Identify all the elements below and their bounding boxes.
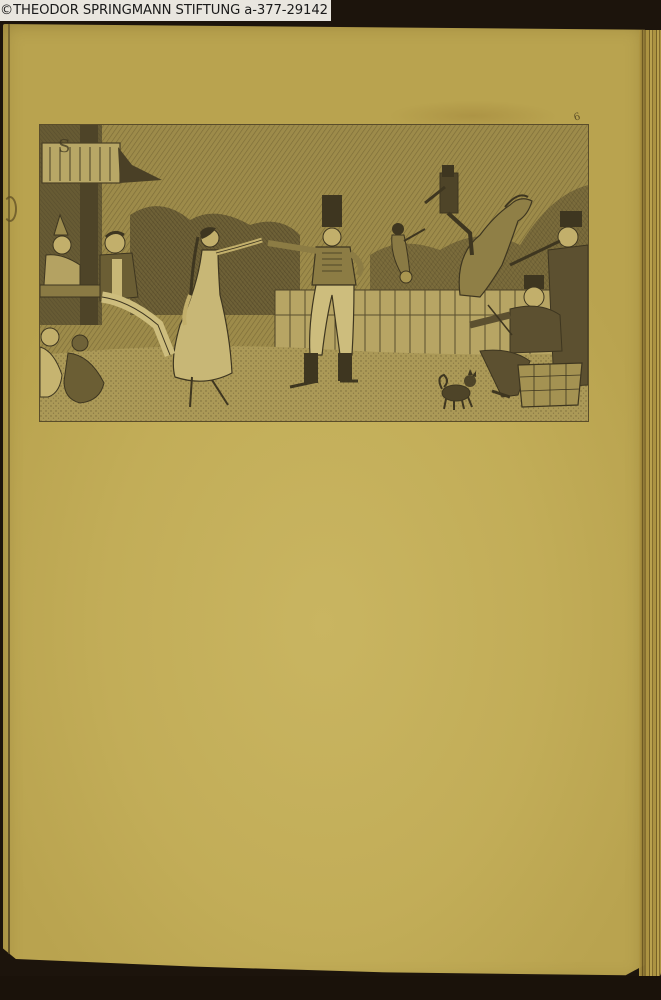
engraving-illustration <box>39 124 589 422</box>
balcony <box>42 143 120 183</box>
gutter-line <box>8 24 10 954</box>
gutter-thread <box>3 196 17 222</box>
barrel <box>518 363 582 407</box>
plate-mark-letter: S <box>58 136 70 157</box>
page-edge-shadow <box>639 30 645 980</box>
copyright-watermark: ©THEODOR SPRINGMANN STIFTUNG a-377-29142 <box>0 0 331 21</box>
bottom-shadow <box>0 976 661 1000</box>
engraving-svg <box>40 125 588 421</box>
